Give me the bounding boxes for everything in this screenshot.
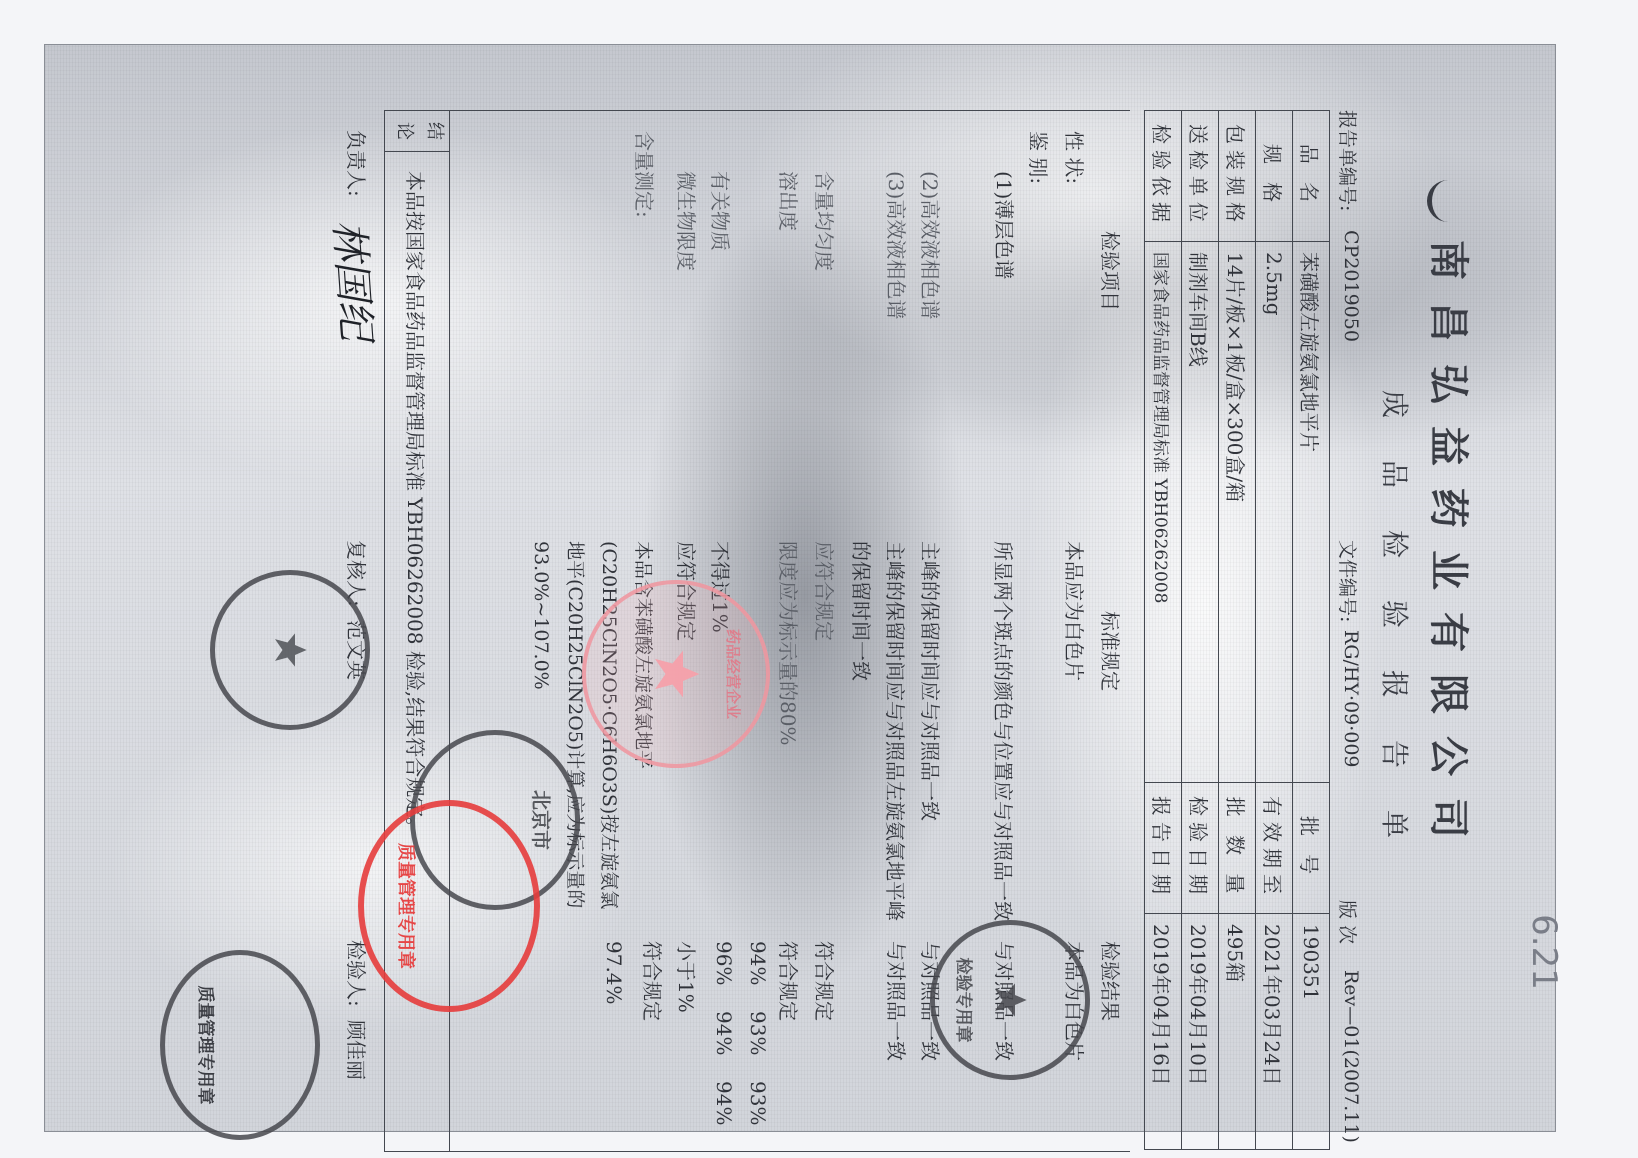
info-row: 送检单位 制剂车间B线 检验日期 2019年04月10日 (1182, 111, 1219, 1150)
dissolution-value: 94% (712, 1011, 736, 1055)
version-label: 版 次 (1335, 900, 1362, 944)
standard-dissolution: 限度应为标示量的80% (775, 541, 804, 745)
item-assay: 含量测定: (631, 131, 660, 218)
dissolution-value: 93% (746, 1081, 770, 1125)
standard-hplc-1: 主峰的保留时间应与对照品一致 (917, 541, 946, 821)
quantity-label: 批 数 量 (1219, 783, 1256, 914)
spec: 2.5mg (1256, 242, 1293, 783)
result-dissolution-label: 符合规定 (775, 941, 804, 1021)
result-assay: 97.4% (602, 941, 626, 1005)
item-content-uniformity: 含量均匀度 (811, 171, 840, 271)
packaging: 14片/板×1板/盒×300盒/箱 (1219, 242, 1256, 783)
inspection-seal-text: 检验专用章 (953, 925, 978, 1075)
item-dissolution: 溶出度 (775, 171, 804, 231)
result-content-uniformity: 符合规定 (811, 941, 840, 1021)
company-header: 南昌弘益药业有限公司 (1423, 180, 1480, 1080)
dissolution-value: 94% (746, 941, 770, 985)
result-microbial-limit: 符合规定 (639, 941, 668, 1021)
company-name: 南昌弘益药业有限公司 (1425, 240, 1472, 860)
inspection-report: 南昌弘益药业有限公司 成品检验报告单 报告单编号: CP2019050 文件编号… (140, 110, 1480, 1150)
product-info-table: 品 名 苯磺酸左旋氨氯地平片 批 号 190351 规 格 2.5mg 有效期至… (1144, 110, 1330, 1150)
header-standard: 标准规定 (1097, 611, 1126, 691)
report-no: CP2019050 (1340, 230, 1362, 342)
item-hplc-1: (2)高效液相色谱 (917, 171, 946, 319)
spec-label: 规 格 (1256, 111, 1293, 242)
inspection-date: 2019年04月10日 (1182, 914, 1219, 1150)
standard-tlc: 所显两个斑点的颜色与位置应与对照品一致 (986, 541, 1020, 921)
item-tlc: (1)薄层色谱 (991, 171, 1020, 279)
expiry: 2021年03月24日 (1256, 914, 1293, 1150)
report-no-label: 报告单编号: (1335, 110, 1362, 211)
file-no: RG/HY·09·009 (1340, 630, 1362, 768)
dissolution-value: 96% (712, 941, 736, 985)
red-quality-seal-stamp: 质量管理专用章 (358, 800, 540, 1012)
product-name-label: 品 名 (1293, 111, 1330, 242)
pink-seal-text: 药品经营企业 (723, 584, 744, 764)
submitter-label: 送检单位 (1182, 111, 1219, 242)
item-hplc-2: (3)高效液相色谱 (883, 171, 912, 319)
dept-seal-stamp (210, 570, 370, 730)
inspection-seal-stamp: 检验专用章 (930, 920, 1090, 1080)
standard-content-uniformity: 应符合规定 (811, 541, 840, 641)
report-date-label: 报告日期 (1145, 783, 1182, 914)
inspection-date-label: 检验日期 (1182, 783, 1219, 914)
conclusion-label: 结 论 (385, 111, 449, 152)
dissolution-value: 94% (712, 1081, 736, 1125)
header-result: 检验结果 (1097, 941, 1126, 1021)
item-appearance: 性 状: (1061, 131, 1090, 184)
file-no-label: 文件编号: (1335, 540, 1362, 622)
packaging-label: 包装规格 (1219, 111, 1256, 242)
item-microbial-limit: 微生物限度 (673, 171, 702, 271)
pink-seal-stamp: 药品经营企业 (582, 580, 770, 768)
result-hplc-2: 与对照品一致 (883, 941, 912, 1061)
report-date: 2019年04月16日 (1145, 914, 1182, 1150)
company-logo-icon (1428, 180, 1463, 222)
basis-label: 检验依据 (1145, 111, 1182, 242)
star-icon (648, 646, 704, 702)
info-row: 检验依据 国家食品药品监督管理局标准 YBH06262008 报告日期 2019… (1145, 111, 1182, 1150)
conclusion-text: 本品按国家食品药品监督管理局标准 YBH06262008 检验,结果符合规定。 (402, 171, 431, 837)
version: Rev—01(2007.11) (1340, 970, 1362, 1143)
dissolution-value: 93% (746, 1011, 770, 1055)
red-seal-text: 质量管理专用章 (394, 806, 420, 1006)
info-row: 规 格 2.5mg 有效期至 2021年03月24日 (1256, 111, 1293, 1150)
responsible-label: 负责人: (343, 130, 372, 197)
responsible-signature: 林国纪 (323, 218, 388, 342)
report-title: 成品检验报告单 (1376, 390, 1416, 880)
quality-seal-text: 质量管理专用章 (195, 955, 220, 1135)
submitter: 制剂车间B线 (1182, 242, 1219, 783)
batch: 190351 (1293, 914, 1330, 1150)
product-name: 苯磺酸左旋氨氯地平片 (1293, 242, 1330, 783)
item-related-substances: 有关物质 (707, 171, 736, 251)
quantity: 495箱 (1219, 914, 1256, 1150)
info-row: 品 名 苯磺酸左旋氨氯地平片 批 号 190351 (1293, 111, 1330, 1150)
standard-appearance: 本品应为白色片 (1061, 541, 1090, 681)
expiry-label: 有效期至 (1256, 783, 1293, 914)
header-item: 检验项目 (1097, 231, 1126, 311)
result-related-substances: 小于1% (673, 941, 702, 1013)
inspector-name: 顾佳丽 (343, 1020, 372, 1080)
batch-label: 批 号 (1293, 783, 1330, 914)
handwritten-note: 6.21 (1524, 914, 1564, 990)
quality-seal-stamp: 质量管理专用章 (160, 950, 320, 1140)
star-icon (270, 630, 310, 670)
item-identification: 鉴 别: (1025, 131, 1054, 184)
standard-hplc-2: 主峰的保留时间应与对照品左旋氨氯地平峰的保留时间一致 (844, 541, 912, 921)
star-icon (990, 980, 1030, 1020)
info-row: 包装规格 14片/板×1板/盒×300盒/箱 批 数 量 495箱 (1219, 111, 1256, 1150)
basis: 国家食品药品监督管理局标准 YBH06262008 (1145, 242, 1182, 783)
